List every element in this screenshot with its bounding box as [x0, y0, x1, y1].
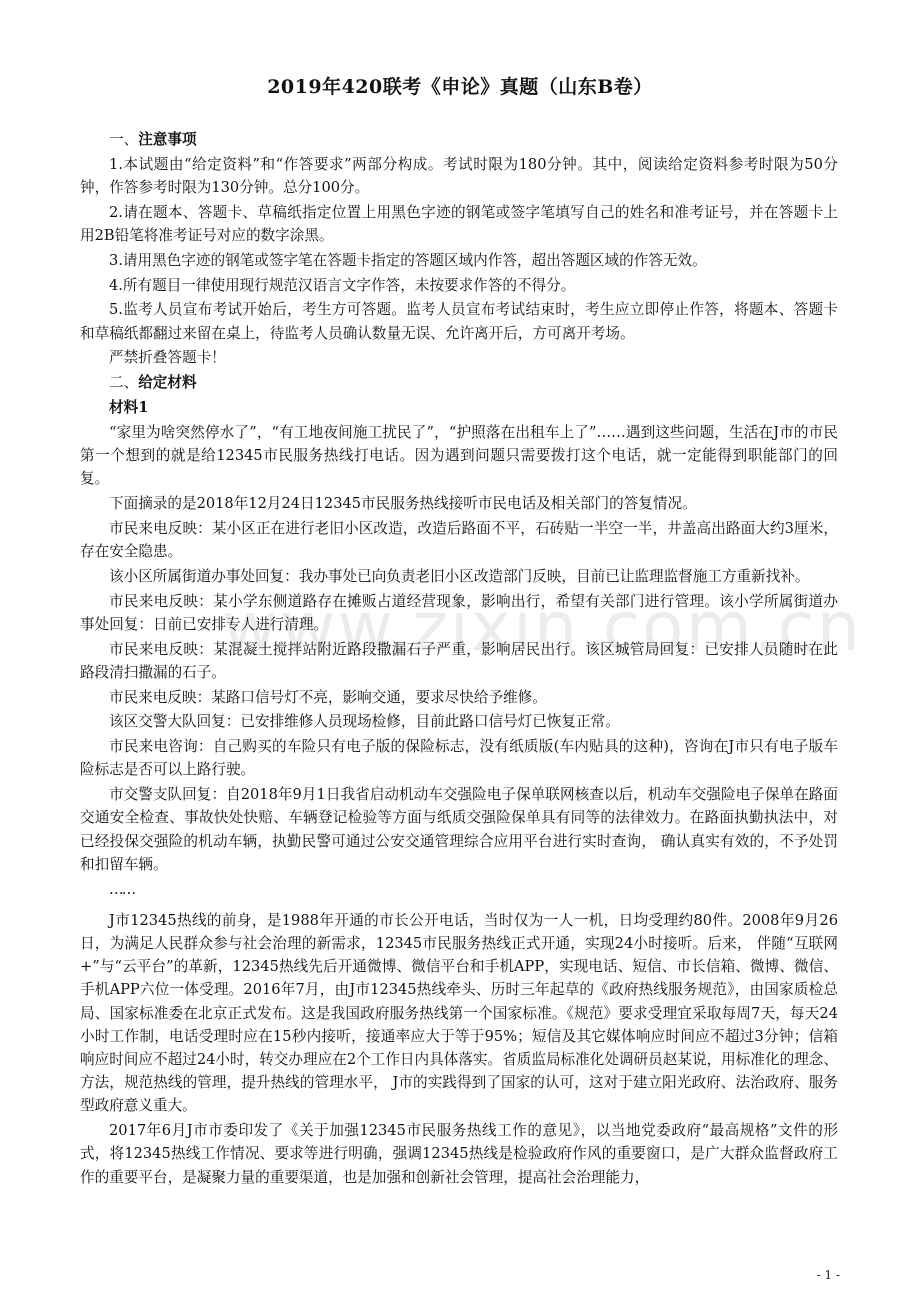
section-heading-notes: 一、注意事项 [80, 128, 838, 151]
material-paragraph: 该小区所属街道办事处回复：我办事处已向负责老旧小区改造部门反映，目前已让监理监督… [80, 565, 838, 588]
note-item-2: 2.请在题本、答题卡、草稿纸指定位置上用黑色字迹的钢笔或签字笔填写自己的姓名和准… [80, 201, 838, 247]
material-paragraph: 市民来电反映：某小区正在进行老旧小区改造，改造后路面不平，石砖贴一半空一半，井盖… [80, 517, 838, 563]
document-title: 2019年420联考《申论》真题（山东B卷） [0, 72, 920, 99]
material-paragraph: J市12345热线的前身，是1988年开通的市长公开电话，当时仅为一人一机，日均… [80, 909, 838, 1118]
material-paragraph: 市民来电咨询：自己购买的车险只有电子版的保险标志，没有纸质版(车内贴具的这种)，… [80, 735, 838, 781]
material-paragraph: 该区交警大队回复：已安排维修人员现场检修，目前此路口信号灯已恢复正常。 [80, 710, 838, 733]
note-item-4: 4.所有题目一律使用现行规范汉语言文字作答，未按要求作答的不得分。 [80, 274, 838, 297]
ellipsis-separator: …… [80, 878, 838, 901]
section-number: 二、 [109, 374, 138, 391]
material-paragraph: 市民来电反映：某小学东侧道路存在摊贩占道经营现象，影响出行，希望有关部门进行管理… [80, 590, 838, 636]
material-paragraph: 2017年6月J市市委印发了《关于加强12345市民服务热线工作的意见》，以当地… [80, 1119, 838, 1189]
page-number: - 1 - [817, 1268, 840, 1282]
section-heading-text: 注意事项 [138, 131, 196, 148]
section-number: 一、 [109, 131, 138, 148]
note-item-1: 1.本试题由“给定资料”和“作答要求”两部分构成。考试时限为180分钟。其中，阅… [80, 153, 838, 199]
material-paragraph: “家里为啥突然停水了”，“有工地夜间施工扰民了”，“护照落在出租车上了”……遇到… [80, 421, 838, 491]
material-paragraph: 市民来电反映：某混凝土搅拌站附近路段撒漏石子严重，影响居民出行。该区城管局回复：… [80, 638, 838, 684]
note-item-3: 3.请用黑色字迹的钢笔或签字笔在答题卡指定的答题区域内作答，超出答题区域的作答无… [80, 249, 838, 272]
document-page: www.zixin.com.cn 2019年420联考《申论》真题（山东B卷） … [0, 0, 920, 1302]
section-heading-text: 给定材料 [138, 374, 196, 391]
material-paragraph: 市民来电反映：某路口信号灯不亮，影响交通，要求尽快给予维修。 [80, 686, 838, 709]
material-paragraph: 市交警支队回复：自2018年9月1日我省启动机动车交强险电子保单联网核查以后，机… [80, 783, 838, 876]
material-paragraph: 下面摘录的是2018年12月24日12345市民服务热线接听市民电话及相关部门的… [80, 492, 838, 515]
note-warning: 严禁折叠答题卡！ [80, 346, 838, 369]
note-item-5: 5.监考人员宣布考试开始后，考生方可答题。监考人员宣布考试结束时，考生应立即停止… [80, 298, 838, 344]
document-body: 一、注意事项 1.本试题由“给定资料”和“作答要求”两部分构成。考试时限为180… [80, 128, 838, 1190]
material-label: 材料1 [80, 396, 838, 419]
section-heading-materials: 二、给定材料 [80, 371, 838, 394]
